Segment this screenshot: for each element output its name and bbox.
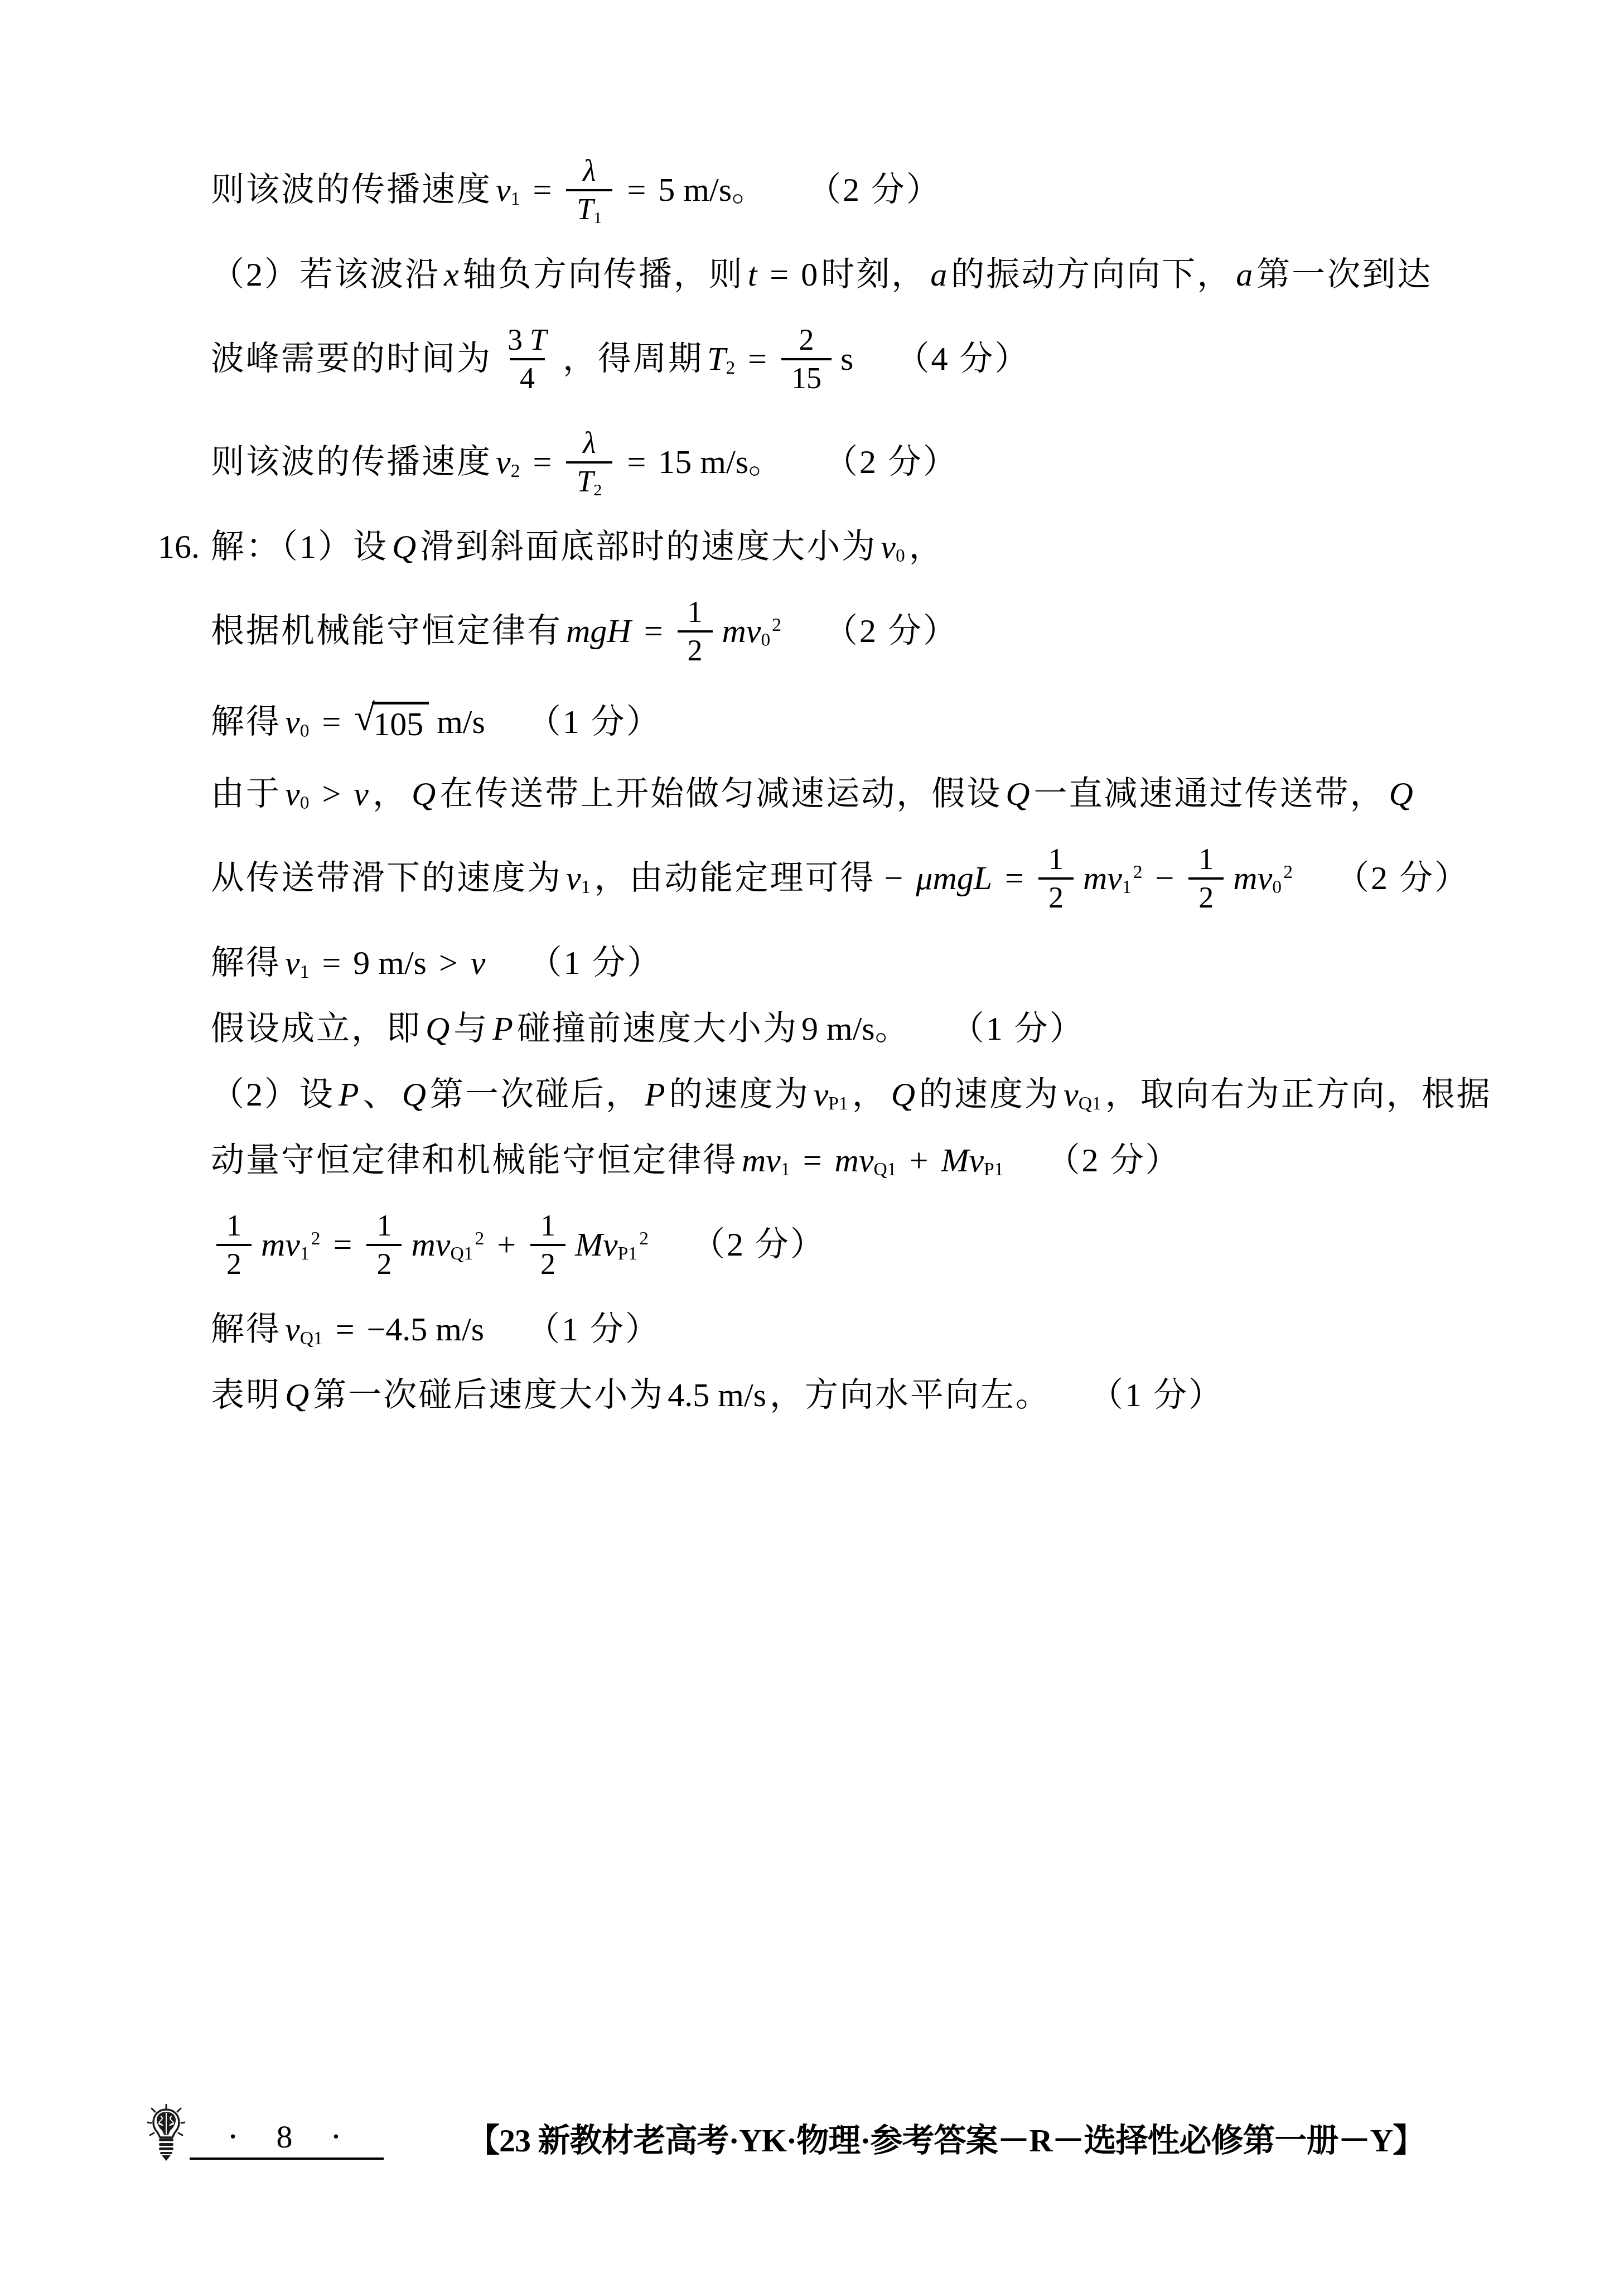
fraction: 12 (366, 1209, 402, 1280)
fraction: 12 (216, 1209, 252, 1280)
text-run: （4 分） (896, 340, 1029, 378)
document-page: 则该波的传播速度 v1=λT1=5 m/s。（2 分）（2）若该波沿 x 轴负方… (0, 0, 1624, 2283)
text-run: Q (398, 1075, 430, 1114)
text-run: > (430, 944, 467, 982)
text-run: 的振动方向向下， (951, 255, 1232, 294)
fraction-denominator: 2 (1038, 877, 1074, 914)
text-run: （2 分） (824, 443, 958, 481)
text-run: v0 (281, 703, 313, 741)
text-run: 9 m/s (350, 944, 430, 982)
text-run: 1 (1045, 842, 1067, 876)
text-run: − (1147, 859, 1183, 897)
text-run: Q (408, 775, 439, 813)
fraction-numerator: 1 (1188, 843, 1224, 877)
fraction-numerator: 1 (678, 596, 713, 630)
text-run: P (335, 1075, 363, 1114)
text-run: 4 (516, 361, 538, 395)
answer-line: 从传送带滑下的速度为 v1，由动能定理可得−μmgL=12mv12−12mv02… (211, 827, 1505, 930)
text-run: = (794, 1141, 831, 1180)
footer-rule (190, 2157, 384, 2160)
text-run: v2 (492, 443, 524, 481)
fraction-denominator: 2 (216, 1244, 252, 1280)
text-run: 1 (684, 595, 706, 629)
text-run: （1 分） (951, 1010, 1085, 1048)
text-run: 解得 (211, 703, 281, 741)
fraction: 215 (781, 324, 832, 394)
text-run: 滑到斜面底部时的速度大小为 (420, 528, 877, 566)
page-number-dot-right: · (332, 2122, 340, 2151)
text-run: vQ1 (281, 1310, 327, 1349)
text-run: = (761, 255, 797, 294)
fraction: 12 (530, 1209, 565, 1280)
text-run: = (313, 703, 350, 741)
text-run: − (875, 859, 912, 897)
text-run: mvQ1 (831, 1141, 901, 1180)
fraction-denominator: 15 (781, 358, 832, 394)
text-run: = (325, 1225, 361, 1264)
text-run: 1 (537, 1209, 559, 1242)
text-run: （2）若该波沿 (211, 255, 440, 294)
text-run: m/s (433, 703, 489, 741)
radical-sign: √ (354, 699, 375, 736)
answer-line: 由于 v0>v，Q 在传送带上开始做匀减速运动，假设 Q 一直减速通过传送带，Q (211, 761, 1505, 827)
text-run: = (524, 443, 560, 481)
text-run: （1 分） (1090, 1376, 1224, 1415)
text-run: 动量守恒定律和机械能守恒定律得 (211, 1141, 738, 1180)
text-run: （2）设 (211, 1075, 335, 1114)
text-run: 则该波的传播速度 (211, 171, 492, 209)
text-run: 2 (223, 1247, 245, 1281)
text-run: （2 分） (1336, 859, 1470, 897)
text-run: mv12 (257, 1225, 325, 1264)
text-run: + (488, 1225, 525, 1264)
text-run: 表明 (211, 1376, 281, 1415)
text-run: v1 (492, 171, 524, 209)
fraction-numerator: 3T (497, 324, 557, 358)
text-run: 波峰需要的时间为 (211, 340, 492, 378)
text-run: P (489, 1010, 517, 1048)
text-run: λ (579, 426, 600, 460)
answer-line: （2）设 P、Q 第一次碰后，P 的速度为 vP1，Q 的速度为 vQ1，取向右… (211, 1061, 1505, 1127)
text-run: T2 (703, 340, 739, 378)
answer-lines: 则该波的传播速度 v1=λT1=5 m/s。（2 分）（2）若该波沿 x 轴负方… (211, 138, 1505, 1428)
text-run: x (440, 255, 463, 294)
text-run: Q (388, 528, 420, 566)
text-run: ，取向右为正方向，根据 (1105, 1075, 1492, 1114)
text-run: 与 (453, 1010, 489, 1048)
fraction-numerator: 1 (216, 1209, 252, 1243)
text-run: Q (1385, 775, 1417, 813)
fraction-numerator: 1 (1038, 843, 1074, 877)
answer-line: 解得 v0=√105m/s（1 分） (211, 683, 1505, 761)
text-run: （1 分） (528, 944, 662, 982)
answer-line: 则该波的传播速度 v1=λT1=5 m/s。（2 分） (211, 138, 1505, 242)
page-number: · 8 · (229, 2118, 340, 2154)
fraction-denominator: 2 (1188, 877, 1224, 914)
text-run: T2 (573, 465, 606, 498)
text-run: vQ1 (1060, 1075, 1105, 1114)
text-run: P (641, 1075, 669, 1114)
text-run: 15 (788, 361, 825, 395)
fraction-denominator: 2 (366, 1244, 402, 1280)
text-run: t (744, 255, 761, 294)
text-run: > (313, 775, 350, 813)
text-run: 2 (1045, 881, 1067, 914)
text-run: 第一次碰后速度大小为 (313, 1376, 664, 1415)
text-run: a (1232, 255, 1256, 294)
page-number-dot-left: · (229, 2122, 237, 2151)
text-run: 2 (1195, 881, 1217, 914)
text-run: 轴负方向传播，则 (463, 255, 744, 294)
text-run: 碰撞前速度大小为 (517, 1010, 798, 1048)
text-run: 2 (373, 1247, 395, 1281)
answer-line: 根据机械能守恒定律有 mgH=12mv02（2 分） (211, 580, 1505, 683)
text-run: v0 (281, 775, 313, 813)
fraction: λT1 (566, 155, 612, 225)
fraction-numerator: λ (572, 427, 606, 461)
text-run: 9 m/s。 (798, 1010, 912, 1048)
text-run: 1 (373, 1209, 395, 1242)
fraction: 12 (1188, 843, 1224, 914)
answer-line: 假设成立，即 Q 与 P 碰撞前速度大小为 9 m/s。（1 分） (211, 996, 1505, 1061)
fraction-denominator: 2 (678, 630, 713, 667)
answer-line: 波峰需要的时间为3T4，得周期 T2=215s（4 分） (211, 307, 1505, 411)
text-run: a (926, 255, 951, 294)
text-run: = (635, 612, 672, 650)
text-run: = (327, 1310, 364, 1349)
text-run: （2 分） (824, 612, 958, 650)
text-run: ，方向水平向左。 (770, 1376, 1051, 1415)
text-run: （2 分） (692, 1225, 825, 1264)
text-run: 1 (1195, 842, 1217, 876)
source-label: 【23 新教材老高考·YK·物理·参考答案－R－选择性必修第一册－Y】 (467, 2114, 1424, 2161)
text-run: MvP1 (937, 1141, 1007, 1180)
fraction-denominator: T2 (566, 461, 612, 498)
text-run: = (618, 171, 655, 209)
text-run: 2 (684, 634, 706, 667)
text-run: T1 (573, 192, 606, 226)
text-run: = (739, 340, 776, 378)
text-run: = (996, 859, 1033, 897)
text-run: −4.5 m/s (364, 1310, 488, 1349)
text-run: v1 (281, 944, 313, 982)
text-run: mv02 (718, 612, 786, 650)
fraction: 12 (1038, 843, 1074, 914)
fraction-numerator: 1 (366, 1209, 402, 1243)
lightbulb-brain-icon (147, 2104, 185, 2162)
answer-line: 表明 Q 第一次碰后速度大小为 4.5 m/s，方向水平向左。（1 分） (211, 1362, 1505, 1428)
text-run: ，得周期 (563, 340, 703, 378)
text-run: ， (909, 528, 944, 566)
text-run: 由于 (211, 775, 281, 813)
text-run: vP1 (810, 1075, 852, 1114)
text-run: mv1 (738, 1141, 794, 1180)
text-run: mgH (562, 612, 635, 650)
answer-line: 动量守恒定律和机械能守恒定律得 mv1=mvQ1+MvP1（2 分） (211, 1127, 1505, 1193)
text-run: 解得 (211, 1310, 281, 1349)
fraction: λT2 (566, 427, 612, 498)
text-run: （2 分） (808, 171, 941, 209)
text-run: （1 分） (526, 1310, 660, 1349)
text-run: 的速度为 (669, 1075, 810, 1114)
square-root: √105 (354, 702, 429, 742)
text-run: （1 分） (528, 703, 661, 741)
text-run: = (524, 171, 560, 209)
text-run: 假设成立，即 (211, 1010, 422, 1048)
text-run: 4.5 m/s (664, 1376, 770, 1415)
text-run: Q (1002, 775, 1033, 813)
text-run: 1 (223, 1209, 245, 1242)
text-run: 解得 (211, 944, 281, 982)
text-run: 5 m/s。 (655, 171, 768, 209)
text-run: v (350, 775, 373, 813)
text-run: 根据机械能守恒定律有 (211, 612, 562, 650)
text-run: mvQ12 (407, 1225, 488, 1264)
text-run: MvP12 (571, 1225, 652, 1264)
text-run: 2 (796, 323, 818, 356)
answer-line: 解得 v1=9 m/s>v（1 分） (211, 930, 1505, 996)
fraction: 12 (678, 596, 713, 667)
text-run: mv02 (1229, 859, 1297, 897)
text-run: 、 (363, 1075, 398, 1114)
answer-line: 则该波的传播速度 v2=λT2=15 m/s。（2 分） (211, 411, 1505, 514)
fraction-denominator: 2 (530, 1244, 565, 1280)
text-run: 15 m/s。 (655, 443, 785, 481)
radicand: 105 (372, 702, 429, 742)
text-run: 3 (504, 323, 526, 356)
fraction: 3T4 (497, 324, 557, 394)
answer-line: （2）若该波沿 x 轴负方向传播，则 t=0 时刻，a 的振动方向向下，a 第一… (211, 242, 1505, 307)
text-run: 0 (797, 255, 821, 294)
text-run: （2 分） (1047, 1141, 1181, 1180)
text-run: ， (373, 775, 408, 813)
fraction-numerator: 2 (789, 324, 824, 358)
fraction-numerator: λ (572, 155, 606, 189)
text-run: 则该波的传播速度 (211, 443, 492, 481)
text-run: μmgL (912, 859, 996, 897)
text-run: 时刻， (821, 255, 926, 294)
text-run: ， (852, 1075, 887, 1114)
text-run: 一直减速通过传送带， (1034, 775, 1385, 813)
fraction-denominator: T1 (566, 189, 612, 225)
text-run: 2 (537, 1247, 559, 1281)
text-run: λ (579, 154, 600, 187)
page-number-value: 8 (277, 2118, 293, 2155)
text-run: 从传送带滑下的速度为 (211, 859, 562, 897)
fraction-denominator: 4 (510, 358, 545, 394)
text-run: = (618, 443, 655, 481)
answer-line: 16.解：（1）设 Q 滑到斜面底部时的速度大小为 v0， (211, 514, 1505, 580)
fraction-numerator: 1 (530, 1209, 565, 1243)
text-run: mv12 (1079, 859, 1147, 897)
text-run: 第一次碰后， (430, 1075, 641, 1114)
text-run: 的速度为 (919, 1075, 1060, 1114)
text-run: + (901, 1141, 937, 1180)
text-run: 在传送带上开始做匀减速运动，假设 (439, 775, 1002, 813)
text-run: s (837, 340, 857, 378)
text-run: v1 (562, 859, 594, 897)
text-run: v (467, 944, 490, 982)
text-run: v0 (877, 528, 908, 566)
text-run: T (526, 323, 550, 356)
text-run: 解：（1）设 (211, 528, 388, 566)
text-run: ，由动能定理可得 (594, 859, 875, 897)
text-run: = (313, 944, 350, 982)
text-run: Q (422, 1010, 453, 1048)
item-number: 16. (158, 528, 200, 566)
text-run: Q (281, 1376, 313, 1415)
text-run: Q (887, 1075, 919, 1114)
answer-line: 12mv12=12mvQ12+12MvP12（2 分） (211, 1193, 1505, 1296)
answer-line: 解得 vQ1=−4.5 m/s（1 分） (211, 1296, 1505, 1362)
text-run: 第一次到达 (1256, 255, 1432, 294)
